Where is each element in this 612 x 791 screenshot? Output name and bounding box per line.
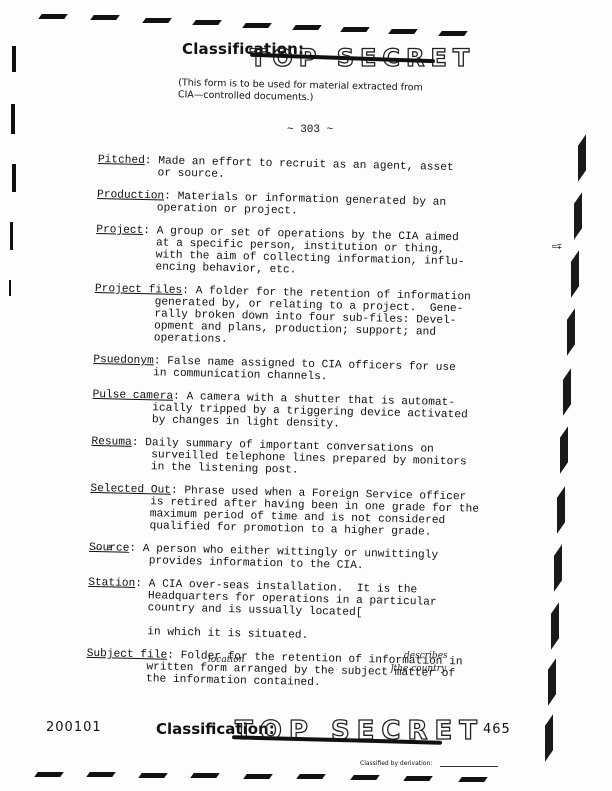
- page-number: ~ 303 ~: [287, 124, 333, 136]
- glossary-entry: Resuma: Daily summary of important conve…: [91, 436, 512, 482]
- margin-mark-right: ≔∓: [552, 242, 562, 252]
- glossary-entry: Selected Out: Phrase used when a Foreign…: [89, 483, 510, 541]
- handwritten-note-describes: describes: [404, 651, 448, 661]
- handwritten-note-the-country: ]the country: [390, 664, 446, 674]
- glossary-term: Production: [97, 189, 164, 203]
- derivation-line: [440, 766, 498, 767]
- glossary-term: Pulse camera: [92, 389, 173, 403]
- glossary-entry: Pulse camera: A camera with a shutter th…: [92, 389, 513, 435]
- glossary-entry: Station: A CIA over-seas installation. I…: [87, 577, 508, 647]
- glossary-term: Resuma: [91, 436, 132, 449]
- glossary-term: Subject file: [87, 648, 168, 662]
- glossary-term: Project: [96, 224, 143, 237]
- glossary-term: Psuedonym: [93, 354, 154, 367]
- handwritten-note-location: location: [208, 655, 244, 665]
- form-note: (This form is to be used for material ex…: [178, 77, 438, 106]
- glossary-term: Pitched: [98, 154, 145, 167]
- glossary-entry: Pitched: Made an effort to recruit as an…: [97, 154, 517, 188]
- glossary-term: Project files: [95, 283, 183, 297]
- document-number: 200101: [46, 720, 102, 735]
- derivation-label: Classified by derivation:: [360, 760, 432, 767]
- glossary-term: Station: [88, 577, 135, 590]
- footer-page-number: 465: [483, 722, 511, 737]
- margin-mark: -- ≛: [93, 544, 112, 554]
- glossary-entry: Project files: A folder for the retentio…: [94, 283, 515, 353]
- glossary-list: Pitched: Made an effort to recruit as an…: [86, 154, 518, 704]
- glossary-entry: Source: A person who either wittingly or…: [89, 542, 509, 576]
- glossary-entry: Psuedonym: False name assigned to CIA of…: [93, 354, 513, 388]
- glossary-entry: Production: Materials or information gen…: [97, 189, 517, 223]
- glossary-entry: Project: A group or set of operations by…: [95, 224, 516, 282]
- glossary-term: Selected Out: [90, 483, 171, 497]
- document-page: Classification: TOP SECRET (This form is…: [0, 0, 612, 791]
